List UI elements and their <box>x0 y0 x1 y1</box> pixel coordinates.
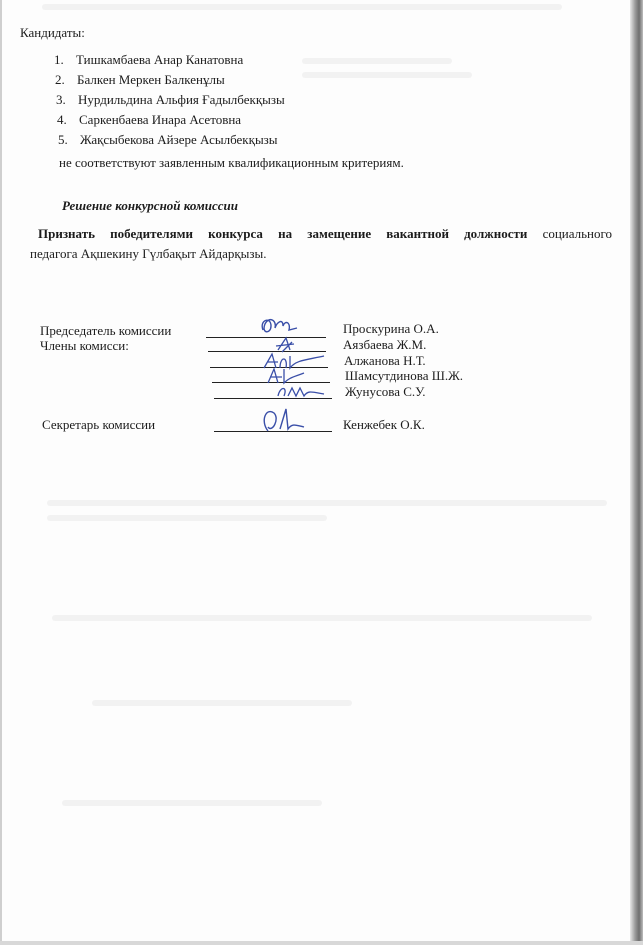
candidate-item: 2.Балкен Меркен Балкенұлы <box>55 72 225 88</box>
candidate-name: Нурдильдина Альфия Ғадылбекқызы <box>78 92 285 107</box>
candidate-item: 5.Жақсыбекова Айзере Асылбекқызы <box>58 132 278 148</box>
bleed-through <box>42 4 562 10</box>
scan-edge <box>630 0 643 945</box>
candidate-name: Балкен Меркен Балкенұлы <box>77 72 225 87</box>
bleed-through <box>302 72 472 78</box>
signature-secretary <box>260 405 310 435</box>
member-name: Алжанова Н.Т. <box>344 353 426 369</box>
decision-heading: Решение конкурсной комиссии <box>62 198 238 214</box>
chairman-label: Председатель комиссии <box>40 323 171 339</box>
candidate-number: 5. <box>58 132 80 148</box>
candidate-item: 4.Саркенбаева Инара Асетовна <box>57 112 241 128</box>
scanned-page: Кандидаты: 1.Тишкамбаева Анар Канатовна … <box>0 0 632 945</box>
bleed-through <box>47 515 327 521</box>
member-name: Аязбаева Ж.М. <box>343 337 426 353</box>
candidates-heading: Кандидаты: <box>20 25 85 41</box>
candidate-number: 1. <box>54 52 76 68</box>
candidate-name: Жақсыбекова Айзере Асылбекқызы <box>80 132 278 147</box>
chairman-name: Проскурина О.А. <box>343 321 439 337</box>
candidate-name: Тишкамбаева Анар Канатовна <box>76 52 243 67</box>
candidate-name: Саркенбаева Инара Асетовна <box>79 112 241 127</box>
decision-line-1: Признать победителями конкурса на замеще… <box>30 224 612 244</box>
bleed-through <box>52 615 592 621</box>
candidate-number: 4. <box>57 112 79 128</box>
secretary-name: Кенжебек О.К. <box>343 417 425 433</box>
candidate-item: 1.Тишкамбаева Анар Канатовна <box>54 52 243 68</box>
candidate-item: 3.Нурдильдина Альфия Ғадылбекқызы <box>56 92 285 108</box>
decision-paragraph: Признать победителями конкурса на замеще… <box>30 224 612 264</box>
signature-member-4 <box>274 382 332 402</box>
member-name: Жунусова С.У. <box>345 384 425 400</box>
candidate-number: 2. <box>55 72 77 88</box>
bleed-through <box>92 700 352 706</box>
member-name: Шамсутдинова Ш.Ж. <box>345 368 463 384</box>
scan-edge <box>0 941 643 945</box>
bleed-through <box>302 58 452 64</box>
bleed-through <box>62 800 322 806</box>
decision-line-2: педагога Ақшекину Гүлбақыт Айдарқызы. <box>30 246 267 261</box>
secretary-label: Секретарь комиссии <box>42 417 155 433</box>
candidate-number: 3. <box>56 92 78 108</box>
bleed-through <box>47 500 607 506</box>
decision-rest-text: социального <box>543 226 612 241</box>
members-label: Члены комисси: <box>40 338 129 354</box>
criteria-statement: не соответствуют заявленным квалификацио… <box>59 155 404 171</box>
decision-bold-text: Признать победителями конкурса на замеще… <box>38 226 527 241</box>
